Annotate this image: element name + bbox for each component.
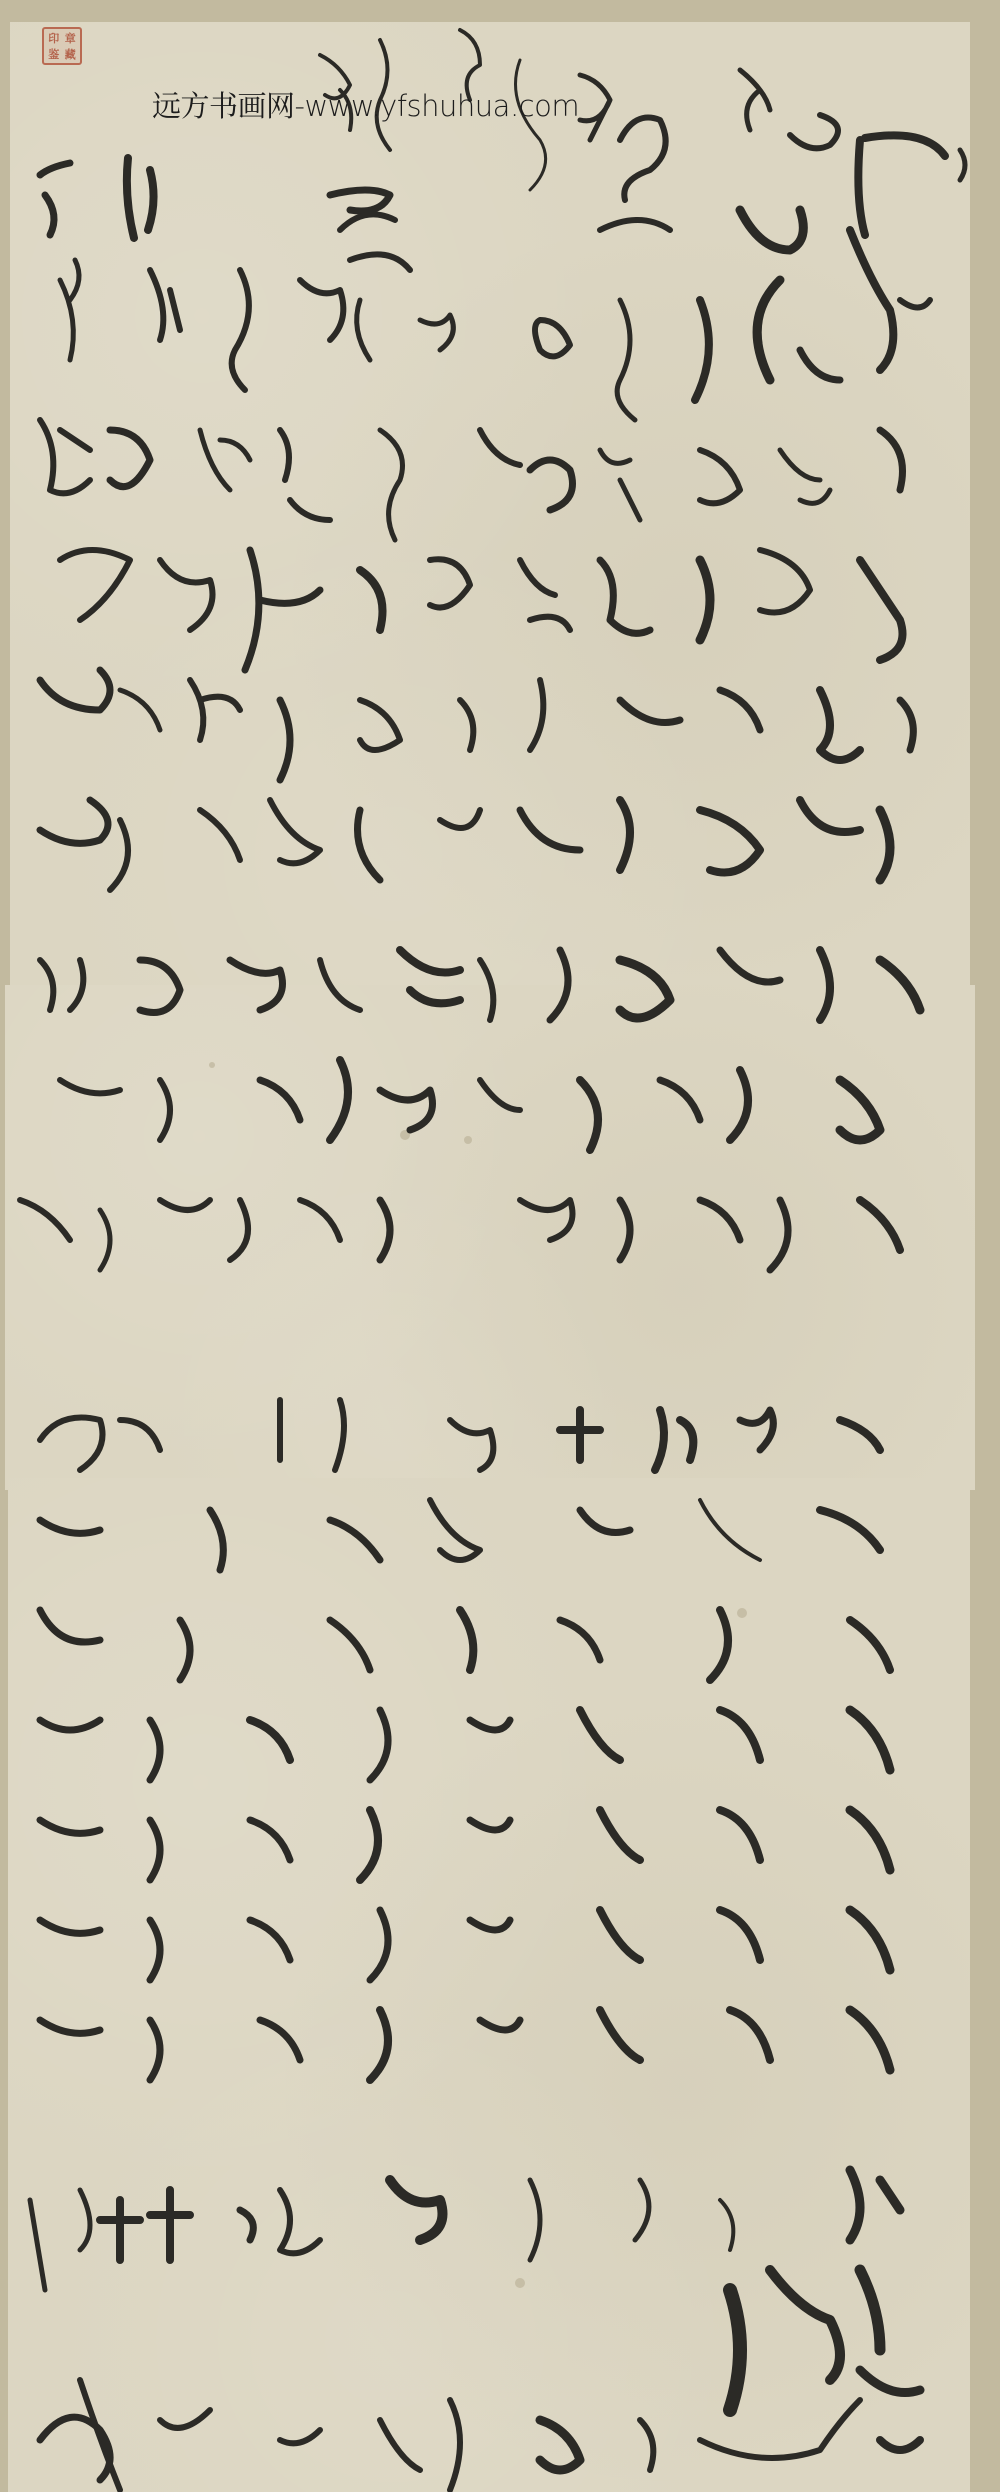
ink-stroke: [580, 75, 610, 140]
ink-stroke: [300, 280, 343, 340]
seal-char: 印: [46, 31, 62, 46]
ink-stroke: [40, 1520, 100, 1533]
ink-stroke: [700, 450, 740, 503]
ink-stroke: [620, 960, 670, 1018]
ink-stroke: [100, 1210, 110, 1270]
ink-stroke: [280, 2430, 320, 2443]
ink-stroke: [150, 1720, 160, 1780]
ink-stroke: [600, 2010, 640, 2060]
ink-stroke: [357, 300, 370, 360]
age-spot: [515, 2278, 525, 2288]
ink-stroke: [580, 1510, 630, 1533]
ink-stroke: [380, 2420, 420, 2470]
ink-stroke: [150, 1920, 160, 1980]
ink-stroke: [232, 270, 249, 390]
ink-stroke: [850, 1710, 890, 1770]
ink-stroke: [730, 2010, 770, 2060]
ink-stroke: [250, 1720, 290, 1760]
ink-stroke: [280, 430, 330, 520]
seal-char: 鉴: [46, 47, 62, 62]
ink-stroke: [460, 700, 473, 750]
ink-stroke: [150, 1820, 160, 1880]
ink-stroke: [450, 1420, 493, 1470]
ink-stroke: [100, 2200, 140, 2260]
ink-stroke: [850, 230, 893, 370]
ink-stroke: [620, 700, 680, 723]
ink-stroke: [40, 1610, 100, 1642]
ink-stroke: [730, 2290, 740, 2410]
ink-stroke: [640, 2420, 653, 2470]
ink-stroke: [40, 420, 90, 493]
ink-stroke: [390, 2180, 443, 2240]
ink-stroke: [850, 1910, 890, 1970]
ink-stroke: [770, 1200, 788, 1270]
ink-stroke: [127, 158, 154, 238]
ink-stroke: [700, 1500, 760, 1560]
ink-stroke: [380, 1200, 390, 1260]
ink-stroke: [110, 430, 150, 487]
ink-stroke: [800, 350, 840, 380]
ink-stroke: [430, 559, 470, 607]
ink-stroke: [360, 1810, 378, 1880]
ink-stroke: [210, 1510, 223, 1570]
ink-stroke: [160, 2410, 210, 2428]
ink-stroke: [320, 960, 360, 1010]
ink-stroke: [617, 300, 635, 420]
ink-stroke: [190, 680, 240, 740]
ink-stroke: [480, 960, 493, 1020]
ink-stroke: [560, 1620, 600, 1660]
ink-stroke: [530, 680, 543, 750]
ink-stroke: [270, 800, 320, 863]
ink-stroke: [330, 1520, 380, 1560]
ink-stroke: [480, 430, 520, 465]
ink-stroke: [720, 2200, 733, 2250]
ink-stroke: [600, 560, 650, 633]
ink-stroke: [380, 1090, 433, 1130]
ink-stroke: [520, 1200, 573, 1240]
ink-stroke: [860, 560, 903, 660]
ink-stroke: [535, 320, 570, 356]
ink-stroke: [260, 1080, 300, 1120]
ink-stroke: [560, 1410, 600, 1460]
ink-stroke: [360, 570, 383, 630]
ink-stroke: [480, 1080, 520, 1110]
ink-stroke: [120, 690, 160, 730]
ink-stroke: [460, 1610, 473, 1670]
ink-stroke: [470, 1820, 510, 1830]
ink-stroke: [660, 1080, 700, 1120]
ink-stroke: [40, 1920, 100, 1933]
ink-stroke: [730, 1070, 748, 1140]
ink-stroke: [340, 214, 410, 270]
ink-stroke: [700, 560, 710, 640]
ink-stroke: [540, 2420, 580, 2470]
ink-stroke: [720, 950, 780, 982]
ink-stroke: [850, 2170, 900, 2240]
paper-age-spots: [209, 1062, 747, 2288]
ink-stroke: [880, 960, 920, 1010]
ink-stroke: [655, 1410, 693, 1470]
ink-stroke: [430, 1500, 480, 1560]
ink-stroke: [900, 300, 930, 308]
ink-stroke: [820, 1510, 880, 1550]
ink-stroke: [900, 700, 913, 750]
ink-stroke: [180, 1620, 190, 1680]
ink-stroke: [740, 210, 803, 380]
ink-stroke: [780, 450, 830, 503]
ink-stroke: [530, 2180, 540, 2260]
ink-stroke: [40, 2020, 100, 2033]
ink-stroke: [370, 2010, 388, 2080]
ink-stroke: [260, 2020, 300, 2060]
ink-stroke: [60, 1080, 120, 1093]
ink-stroke: [960, 150, 965, 180]
ink-stroke: [40, 800, 108, 843]
calligraphy-ink-layer: [0, 0, 1000, 2492]
ink-stroke: [200, 430, 250, 490]
ink-stroke: [470, 1720, 510, 1730]
ink-stroke: [40, 2417, 110, 2480]
ink-stroke: [620, 800, 630, 870]
ink-stroke: [480, 2020, 520, 2030]
ink-stroke: [440, 810, 480, 828]
age-spot: [209, 1062, 215, 1068]
ink-stroke: [580, 1710, 620, 1760]
ink-stroke: [860, 1200, 900, 1250]
ink-stroke: [720, 690, 760, 730]
ink-stroke: [30, 2190, 90, 2290]
ink-stroke: [740, 70, 770, 130]
ink-stroke: [40, 960, 83, 1010]
ink-stroke: [695, 300, 709, 400]
red-seal-stamp: 印 章 鉴 藏: [42, 27, 82, 65]
ink-stroke: [820, 690, 860, 760]
ink-stroke: [720, 1810, 760, 1860]
ink-stroke: [280, 1400, 344, 1470]
ink-stroke: [520, 810, 580, 850]
ink-stroke: [600, 118, 670, 231]
ink-stroke: [160, 560, 213, 630]
ink-stroke: [520, 560, 570, 630]
age-spot: [464, 1136, 472, 1144]
ink-stroke: [20, 1200, 70, 1240]
ink-stroke: [530, 460, 573, 510]
ink-stroke: [720, 1710, 760, 1760]
ink-stroke: [790, 115, 838, 148]
ink-stroke: [600, 1910, 640, 1960]
age-spot: [737, 1608, 747, 1618]
site-watermark: 远方书画网-www.yfshuhua.com: [152, 88, 579, 124]
ink-stroke: [600, 450, 640, 520]
ink-stroke: [40, 1418, 160, 1471]
seal-char: 藏: [63, 47, 79, 62]
ink-stroke: [240, 2210, 253, 2240]
ink-stroke: [250, 1820, 290, 1860]
ink-stroke: [140, 960, 180, 1013]
ink-stroke: [40, 1820, 100, 1833]
ink-stroke: [110, 820, 128, 890]
ink-stroke: [330, 190, 390, 211]
ink-stroke: [358, 810, 381, 880]
ink-stroke: [80, 2380, 120, 2490]
ink-stroke: [760, 550, 810, 613]
ink-stroke: [150, 270, 180, 340]
ink-stroke: [700, 810, 760, 873]
ink-stroke: [850, 1810, 890, 1870]
ink-stroke: [800, 800, 860, 832]
ink-stroke: [150, 2190, 190, 2260]
ink-stroke: [740, 1410, 773, 1450]
ink-stroke: [635, 2180, 649, 2240]
ink-stroke: [450, 2400, 460, 2490]
ink-stroke: [280, 2190, 320, 2253]
ink-stroke: [40, 1720, 100, 1730]
ink-stroke: [230, 1200, 248, 1260]
ink-stroke: [880, 430, 903, 490]
ink-stroke: [858, 135, 945, 235]
ink-stroke: [300, 1200, 340, 1240]
ink-stroke: [160, 1200, 210, 1210]
ink-stroke: [40, 670, 110, 710]
ink-stroke: [150, 2020, 160, 2080]
ink-stroke: [840, 1420, 880, 1450]
ink-stroke: [770, 2270, 840, 2380]
ink-stroke: [860, 2370, 920, 2393]
ink-stroke: [40, 163, 70, 235]
ink-stroke: [330, 1060, 348, 1140]
ink-stroke: [860, 2270, 880, 2350]
ink-stroke: [420, 315, 453, 350]
ink-stroke: [850, 1620, 890, 1670]
ink-stroke: [330, 1620, 370, 1670]
ink-stroke: [880, 2440, 920, 2450]
ink-stroke: [880, 810, 890, 880]
ink-stroke: [380, 430, 403, 540]
ink-stroke: [710, 1610, 728, 1680]
ink-stroke: [580, 1080, 598, 1150]
ink-stroke: [370, 1910, 388, 1980]
ink-stroke: [550, 950, 568, 1020]
ink-stroke: [200, 810, 240, 860]
ink-stroke: [160, 1080, 170, 1140]
ink-stroke: [280, 700, 290, 780]
ink-stroke: [850, 2010, 890, 2070]
ink-stroke: [516, 60, 546, 190]
ink-stroke: [370, 1710, 388, 1780]
ink-stroke: [620, 1200, 630, 1260]
ink-stroke: [60, 260, 79, 360]
ink-stroke: [700, 1200, 740, 1240]
ink-stroke: [470, 1920, 510, 1930]
ink-stroke: [60, 550, 130, 620]
ink-stroke: [360, 700, 400, 750]
ink-stroke: [600, 1810, 640, 1860]
ink-stroke: [720, 1910, 760, 1960]
ink-stroke: [820, 950, 830, 1020]
ink-stroke: [400, 950, 460, 1003]
ink-stroke: [840, 1080, 880, 1140]
seal-char: 章: [63, 31, 79, 46]
cursive-calligraphy-strokes: [20, 30, 965, 2490]
ink-stroke: [245, 550, 320, 670]
ink-stroke: [250, 1920, 290, 1960]
ink-stroke: [230, 960, 283, 1010]
